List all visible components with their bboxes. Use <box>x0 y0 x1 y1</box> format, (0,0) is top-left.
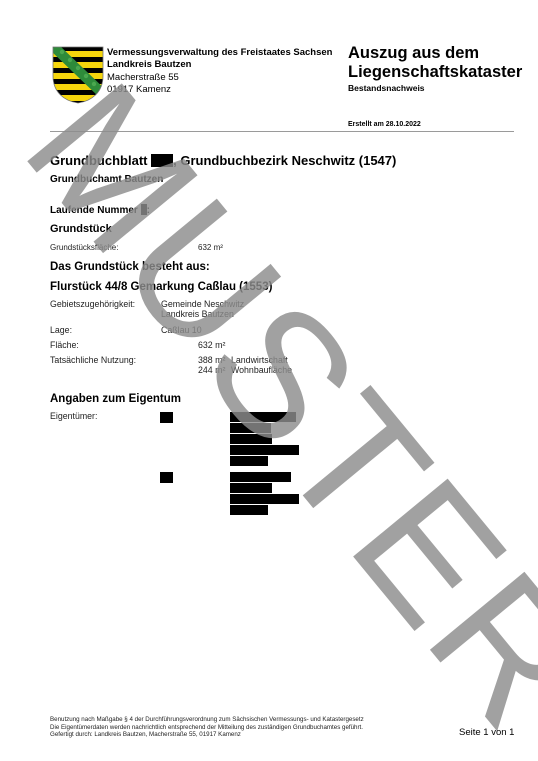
besteht-aus-heading: Das Grundstück besteht aus: <box>50 261 210 273</box>
org-city: 01917 Kamenz <box>107 84 171 95</box>
district-name: Landkreis Bautzen <box>107 59 191 70</box>
grundbuchbezirk: , Grundbuchbezirk Neschwitz (1547) <box>173 153 396 168</box>
grundstuecksflaeche-label: Grundstücksfläche: <box>50 243 118 252</box>
laufende-nummer-colon: : <box>147 205 150 216</box>
redacted-owner-2-line <box>230 483 272 493</box>
lage-label: Lage: <box>50 325 72 335</box>
nutzung-area-2: 244 m² <box>198 365 225 375</box>
eigentuemer-label: Eigentümer: <box>50 411 97 421</box>
saxony-coat-of-arms-icon <box>52 46 104 104</box>
redacted-owner-2-line <box>230 505 268 515</box>
footer-line-3: Gefertigt durch: Landkreis Bautzen, Mach… <box>50 731 364 739</box>
grundbuch-heading: Grundbuchblatt , Grundbuchbezirk Neschwi… <box>50 153 396 168</box>
redacted-owner-1-line <box>230 412 296 422</box>
org-street: Macherstraße 55 <box>107 72 179 83</box>
redacted-owner-2-index <box>160 472 173 483</box>
document-title-line2: Liegenschaftskataster <box>348 63 522 82</box>
footer-notes: Benutzung nach Maßgabe § 4 der Durchführ… <box>50 716 364 739</box>
nutzung-type-1: Landwirtschaft <box>231 355 288 365</box>
document-title-line1: Auszug aus dem <box>348 44 479 63</box>
redacted-owner-1-line <box>230 434 272 444</box>
document-subtitle: Bestandsnachweis <box>348 83 425 93</box>
redacted-owner-1-line <box>230 423 271 433</box>
flaeche-label: Fläche: <box>50 340 79 350</box>
flaeche-value: 632 m² <box>198 340 225 350</box>
grundstueck-heading: Grundstück <box>50 223 112 235</box>
footer-line-1: Benutzung nach Maßgabe § 4 der Durchführ… <box>50 716 364 724</box>
footer-line-2: Die Eigentümerdaten werden nachrichtlich… <box>50 724 364 732</box>
nutzung-label: Tatsächliche Nutzung: <box>50 355 136 365</box>
gebiet-value-landkreis: Landkreis Bautzen <box>161 309 234 319</box>
redacted-blatt-number <box>151 154 173 167</box>
lage-value: Caßlau 10 <box>161 325 202 335</box>
grundbuchamt: Grundbuchamt Bautzen <box>50 174 163 185</box>
creation-date: Erstellt am 28.10.2022 <box>348 121 421 128</box>
nutzung-area-1: 388 m² <box>198 355 225 365</box>
organization-name: Vermessungsverwaltung des Freistaates Sa… <box>107 47 332 58</box>
grundstuecksflaeche-value: 632 m² <box>198 243 223 252</box>
laufende-nummer-label: Laufende Nummer <box>50 205 138 216</box>
redacted-owner-2-line <box>230 472 291 482</box>
laufende-nummer: Laufende Nummer : <box>50 204 150 216</box>
redacted-owner-1-line <box>230 456 268 466</box>
redacted-owner-1-line <box>230 445 299 455</box>
grundbuchblatt-label: Grundbuchblatt <box>50 153 148 168</box>
eigentum-heading: Angaben zum Eigentum <box>50 393 181 405</box>
redacted-owner-2-line <box>230 494 299 504</box>
nutzung-type-2: Wohnbaufläche <box>231 365 292 375</box>
redacted-owner-1-index <box>160 412 173 423</box>
gebiet-value-gemeinde: Gemeinde Neschwitz <box>161 299 244 309</box>
muster-watermark: MUSTER <box>0 0 538 761</box>
page-number: Seite 1 von 1 <box>459 727 514 738</box>
flurstueck-heading: Flurstück 44/8 Gemarkung Caßlau (1553) <box>50 281 272 293</box>
gebiet-label: Gebietszugehörigkeit: <box>50 299 135 309</box>
header-divider <box>50 131 514 132</box>
